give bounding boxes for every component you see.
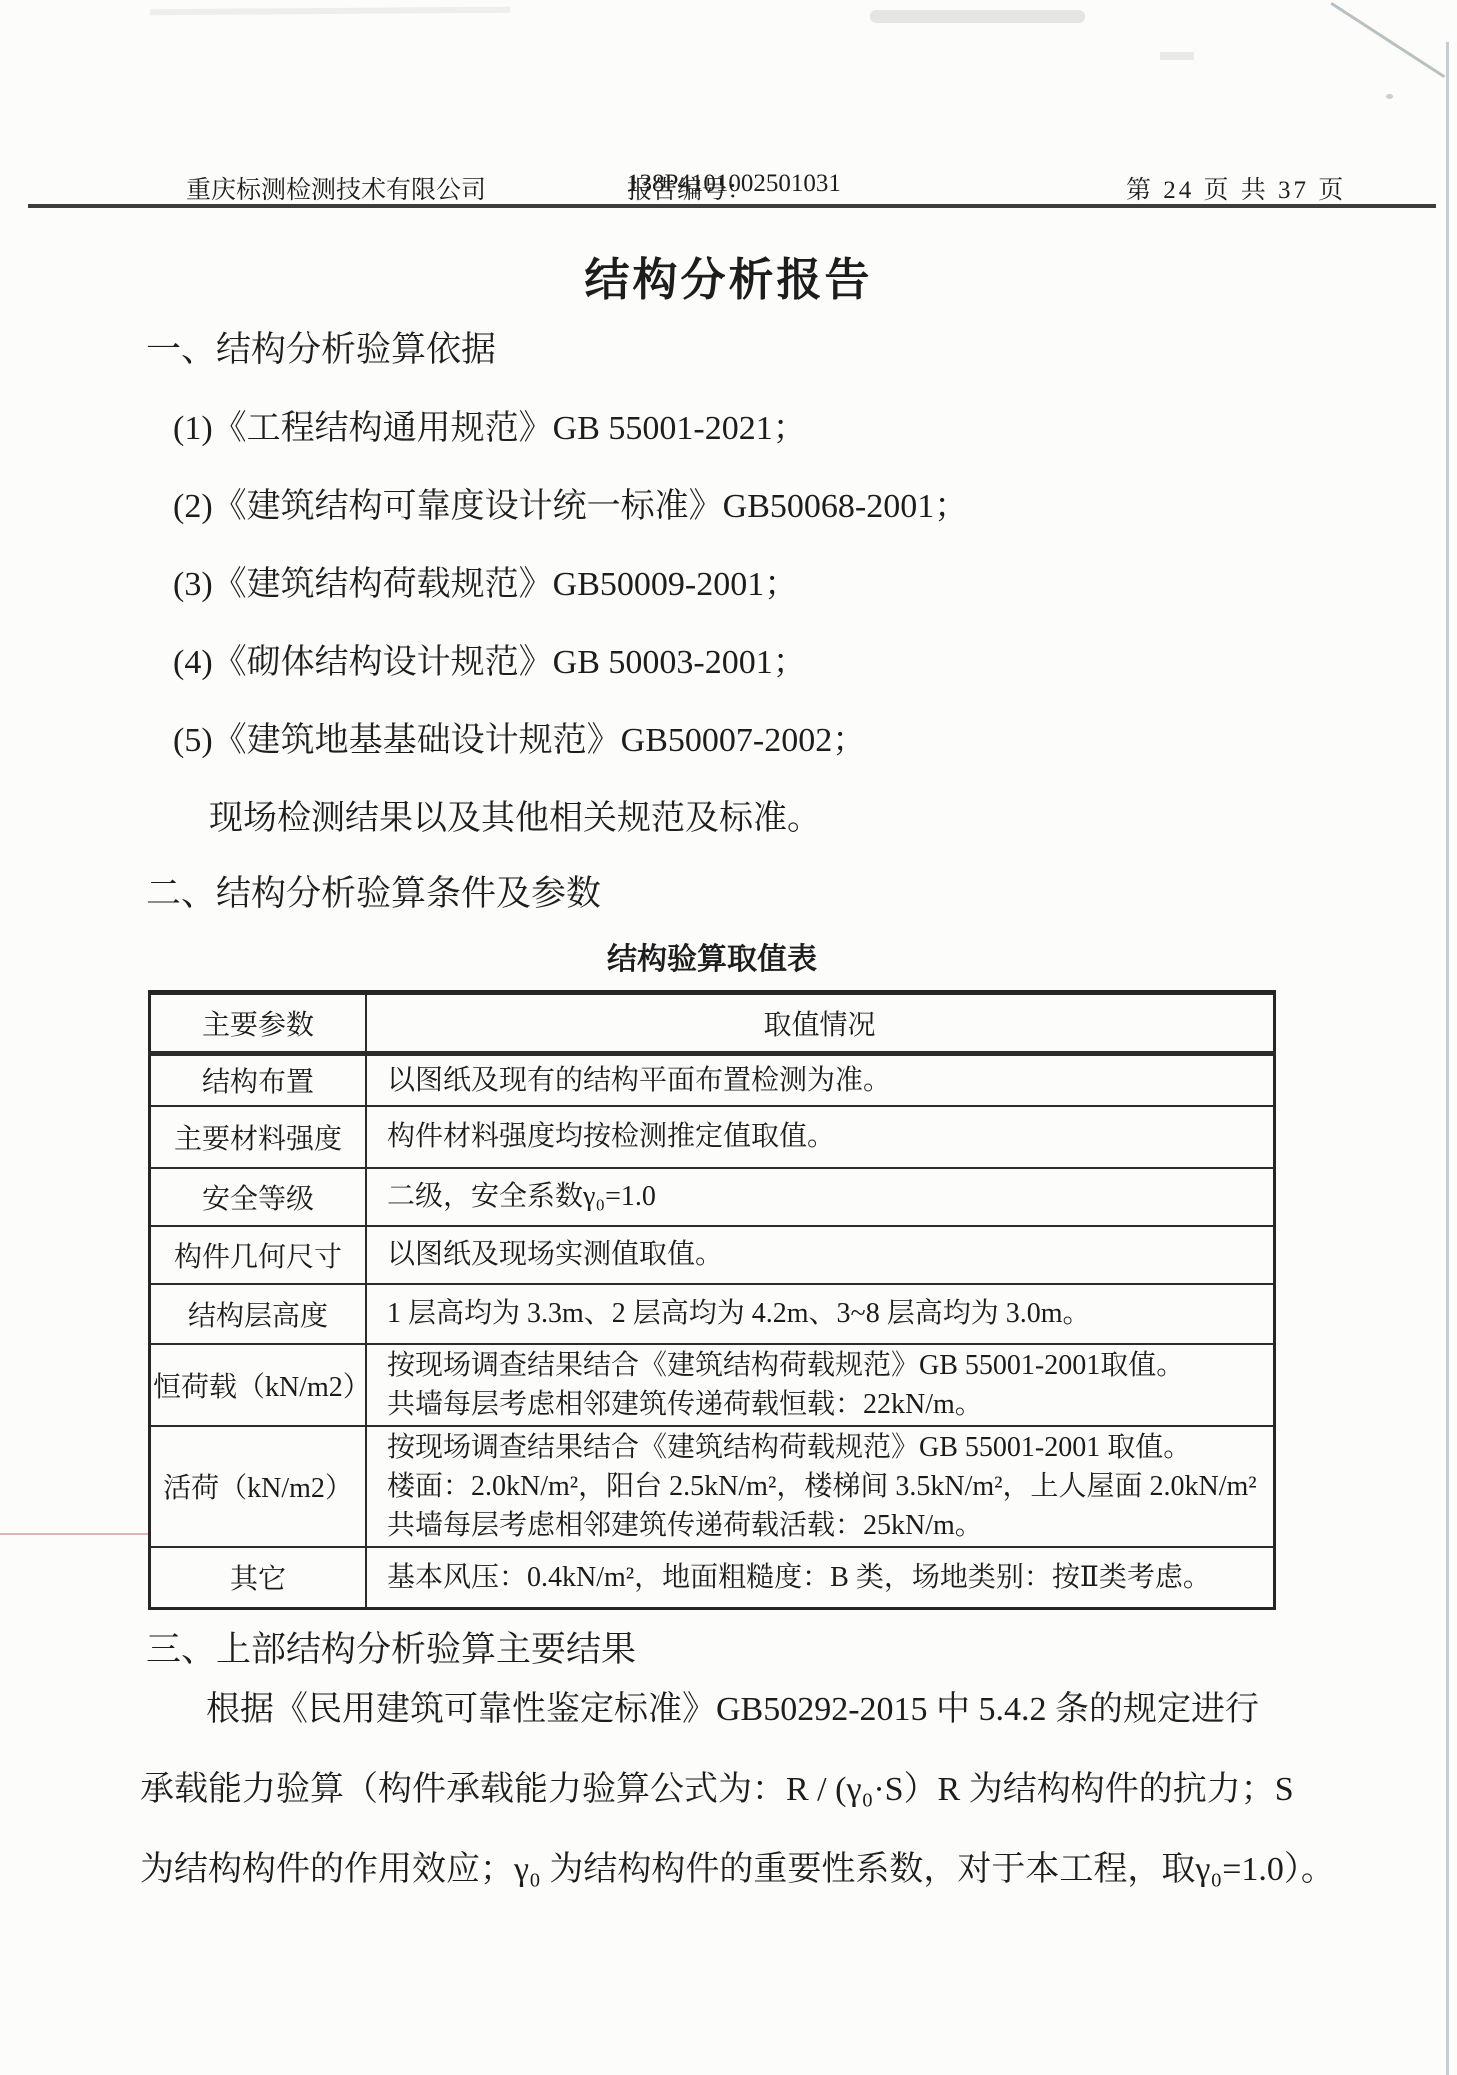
column-header-parameter: 主要参数 [150, 993, 367, 1054]
table-row: 结构层高度 1 层高均为 3.3m、2 层高均为 4.2m、3~8 层高均为 3… [150, 1284, 1275, 1344]
page-edge-line-artifact [1446, 42, 1449, 2075]
param-cell: 其它 [150, 1547, 367, 1609]
reference-item: (2)《建筑结构可靠度设计统一标准》GB50068-2001； [173, 468, 1323, 546]
page-header: 重庆标测检测技术有限公司 报告编号：138P4101002501031 第 24… [0, 170, 1457, 204]
document-page: 重庆标测检测技术有限公司 报告编号：138P4101002501031 第 24… [0, 0, 1457, 2075]
table-row: 结构布置 以图纸及现有的结构平面布置检测为准。 [150, 1054, 1275, 1106]
value-line: 构件材料强度均按检测推定值取值。 [387, 1117, 1272, 1156]
table-row: 主要材料强度 构件材料强度均按检测推定值取值。 [150, 1106, 1275, 1168]
param-cell: 活荷（kN/m2） [150, 1426, 367, 1547]
report-number-value: 138P4101002501031 [627, 170, 841, 198]
scan-dot-artifact [1386, 94, 1393, 99]
results-paragraph: 根据《民用建筑可靠性鉴定标准》GB50292-2015 中 5.4.2 条的规定… [140, 1670, 1430, 1910]
paragraph-line: 根据《民用建筑可靠性鉴定标准》GB50292-2015 中 5.4.2 条的规定… [140, 1670, 1430, 1750]
value-cell: 按现场调查结果结合《建筑结构荷载规范》GB 55001-2001 取值。 楼面：… [366, 1426, 1275, 1547]
param-cell: 结构层高度 [150, 1284, 367, 1344]
table-caption: 结构验算取值表 [148, 934, 1276, 978]
value-line: 楼面：2.0kN/m²，阳台 2.5kN/m²，楼梯间 3.5kN/m²，上人屋… [387, 1467, 1272, 1506]
paragraph-line: 承载能力验算（构件承载能力验算公式为：R / (γ₀·S）R 为结构构件的抗力；… [140, 1750, 1430, 1830]
table-row: 其它 基本风压：0.4kN/m²，地面粗糙度：B 类，场地类别：按Ⅱ类考虑。 [150, 1547, 1275, 1609]
param-cell: 安全等级 [150, 1168, 367, 1226]
scan-smudge-artifact [870, 10, 1085, 23]
section-3-heading: 三、上部结构分析验算主要结果 [146, 1622, 636, 1672]
reference-list: (1)《工程结构通用规范》GB 55001-2021； (2)《建筑结构可靠度设… [173, 390, 1323, 858]
section-1-heading: 一、结构分析验算依据 [146, 322, 496, 372]
param-cell: 构件几何尺寸 [150, 1226, 367, 1284]
table-row: 恒荷载（kN/m2） 按现场调查结果结合《建筑结构荷载规范》GB 55001-2… [150, 1344, 1275, 1426]
value-line: 共墙每层考虑相邻建筑传递荷载活载：25kN/m。 [387, 1506, 1272, 1545]
value-line: 以图纸及现有的结构平面布置检测为准。 [387, 1061, 1272, 1100]
value-cell: 以图纸及现场实测值取值。 [366, 1226, 1275, 1284]
value-cell: 二级，安全系数γ₀=1.0 [366, 1168, 1275, 1226]
value-cell: 1 层高均为 3.3m、2 层高均为 4.2m、3~8 层高均为 3.0m。 [366, 1284, 1275, 1344]
reference-item: (5)《建筑地基基础设计规范》GB50007-2002； [173, 702, 1323, 780]
table-row: 安全等级 二级，安全系数γ₀=1.0 [150, 1168, 1275, 1226]
value-line: 按现场调查结果结合《建筑结构荷载规范》GB 55001-2001 取值。 [387, 1428, 1272, 1467]
value-line: 1 层高均为 3.3m、2 层高均为 4.2m、3~8 层高均为 3.0m。 [387, 1294, 1272, 1333]
column-header-value: 取值情况 [366, 993, 1275, 1054]
table-row: 构件几何尺寸 以图纸及现场实测值取值。 [150, 1226, 1275, 1284]
param-cell: 恒荷载（kN/m2） [150, 1344, 367, 1426]
scan-smudge-artifact [1160, 52, 1194, 60]
value-cell: 以图纸及现有的结构平面布置检测为准。 [366, 1054, 1275, 1106]
param-cell: 结构布置 [150, 1054, 367, 1106]
section-2-heading: 二、结构分析验算条件及参数 [146, 866, 601, 916]
scan-pink-line-artifact [0, 1533, 150, 1535]
value-line: 按现场调查结果结合《建筑结构荷载规范》GB 55001-2001取值。 [387, 1346, 1272, 1385]
page-number-info: 第 24 页 共 37 页 [1126, 170, 1346, 206]
value-cell: 按现场调查结果结合《建筑结构荷载规范》GB 55001-2001取值。 共墙每层… [366, 1344, 1275, 1426]
value-cell: 构件材料强度均按检测推定值取值。 [366, 1106, 1275, 1168]
value-cell: 基本风压：0.4kN/m²，地面粗糙度：B 类，场地类别：按Ⅱ类考虑。 [366, 1547, 1275, 1609]
reference-item: (4)《砌体结构设计规范》GB 50003-2001； [173, 624, 1323, 702]
param-cell: 主要材料强度 [150, 1106, 367, 1168]
table-header-row: 主要参数 取值情况 [150, 993, 1275, 1054]
table-row: 活荷（kN/m2） 按现场调查结果结合《建筑结构荷载规范》GB 55001-20… [150, 1426, 1275, 1547]
paragraph-line: 为结构构件的作用效应；γ₀ 为结构构件的重要性系数，对于本工程，取γ₀=1.0）… [140, 1830, 1430, 1910]
page-corner-fold-artifact [1330, 2, 1445, 78]
value-line: 基本风压：0.4kN/m²，地面粗糙度：B 类，场地类别：按Ⅱ类考虑。 [387, 1558, 1272, 1597]
scan-smudge-artifact [150, 7, 510, 16]
reference-item: (3)《建筑结构荷载规范》GB50009-2001； [173, 546, 1323, 624]
report-title: 结构分析报告 [0, 243, 1457, 308]
value-line: 共墙每层考虑相邻建筑传递荷载恒载：22kN/m。 [387, 1385, 1272, 1424]
company-name: 重庆标测检测技术有限公司 [186, 170, 486, 206]
reference-item: (1)《工程结构通用规范》GB 55001-2021； [173, 390, 1323, 468]
value-line: 二级，安全系数γ₀=1.0 [387, 1177, 1272, 1216]
structure-values-table: 主要参数 取值情况 结构布置 以图纸及现有的结构平面布置检测为准。 主要材料强度… [148, 990, 1276, 1610]
value-line: 以图纸及现场实测值取值。 [387, 1235, 1272, 1274]
header-divider-rule [28, 204, 1436, 208]
reference-closing-note: 现场检测结果以及其他相关规范及标准。 [209, 780, 1323, 858]
